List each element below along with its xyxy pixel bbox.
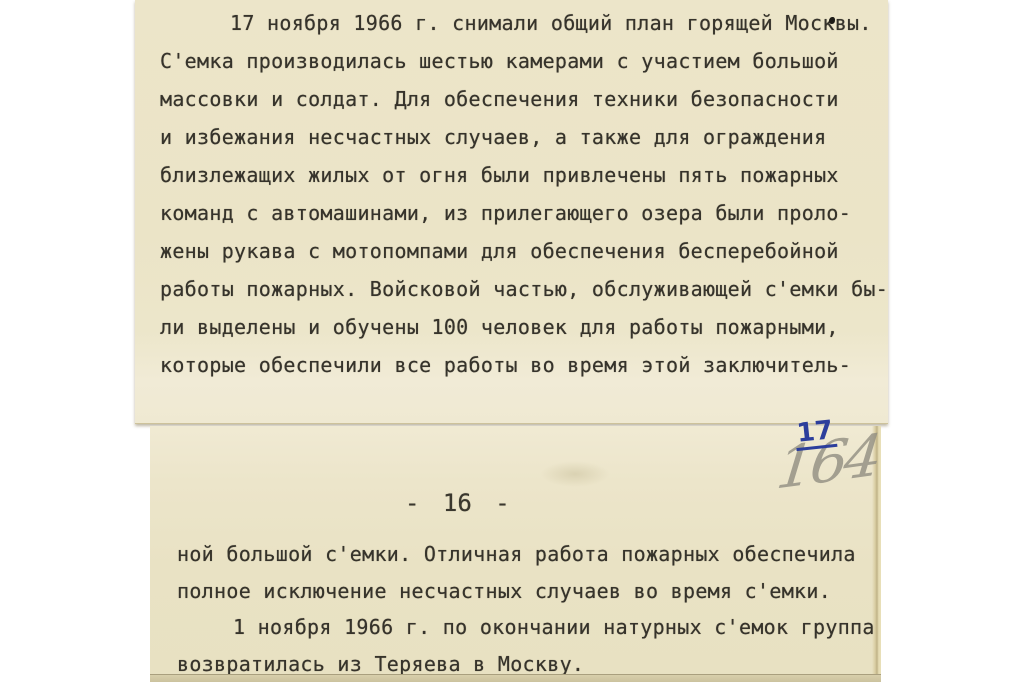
page1-text-block: 17 ноября 1966 г. снимали общий план гор… bbox=[160, 4, 888, 384]
page-number: - 16 - bbox=[405, 491, 510, 515]
typewritten-line: жены рукава с мотопомпами для обеспечени… bbox=[160, 232, 888, 270]
page-bottom-edge bbox=[150, 674, 881, 682]
typewritten-line: полное исключение несчастных случаев во … bbox=[177, 573, 875, 610]
typewritten-line: близлежащих жилых от огня были привлечен… bbox=[160, 156, 888, 194]
handwritten-blue-number: 17 bbox=[794, 417, 838, 451]
typewritten-line: ли выделены и обучены 100 человек для ра… bbox=[160, 308, 888, 346]
typewritten-line: и избежания несчастных случаев, а также … bbox=[160, 118, 888, 156]
typewritten-line: которые обеспечили все работы во время э… bbox=[160, 346, 888, 384]
typewritten-line: 17 ноября 1966 г. снимали общий план гор… bbox=[160, 4, 888, 42]
typewritten-line: С'емка производилась шестью камерами с у… bbox=[160, 42, 888, 80]
scanned-document-canvas: 17 ноября 1966 г. снимали общий план гор… bbox=[0, 0, 1024, 682]
typewritten-line: 1 ноября 1966 г. по окончании натурных с… bbox=[177, 609, 875, 646]
page2-text-block: ной большой с'емки. Отличная работа пожа… bbox=[177, 536, 875, 682]
ink-speck bbox=[829, 17, 835, 24]
typewritten-line: работы пожарных. Войсковой частью, обслу… bbox=[160, 270, 888, 308]
typewritten-line: ной большой с'емки. Отличная работа пожа… bbox=[177, 536, 875, 573]
page-1: 17 ноября 1966 г. снимали общий план гор… bbox=[135, 0, 888, 424]
typewritten-line: команд с автомашинами, из прилегающего о… bbox=[160, 194, 888, 232]
paper-smudge bbox=[540, 461, 610, 487]
page-2: 17 164 - 16 - ной большой с'емки. Отличн… bbox=[150, 426, 881, 682]
typewritten-line: массовки и солдат. Для обеспечения техни… bbox=[160, 80, 888, 118]
